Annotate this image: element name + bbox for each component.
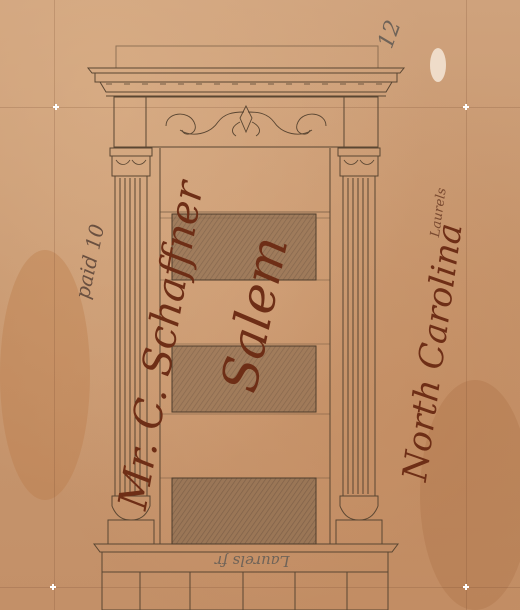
pencil-note-bottom: Laurels fr — [215, 552, 290, 570]
panel-bottom — [172, 478, 316, 544]
scanned-document: Mr. C. Schaffner Salem North Carolina pa… — [0, 0, 520, 610]
